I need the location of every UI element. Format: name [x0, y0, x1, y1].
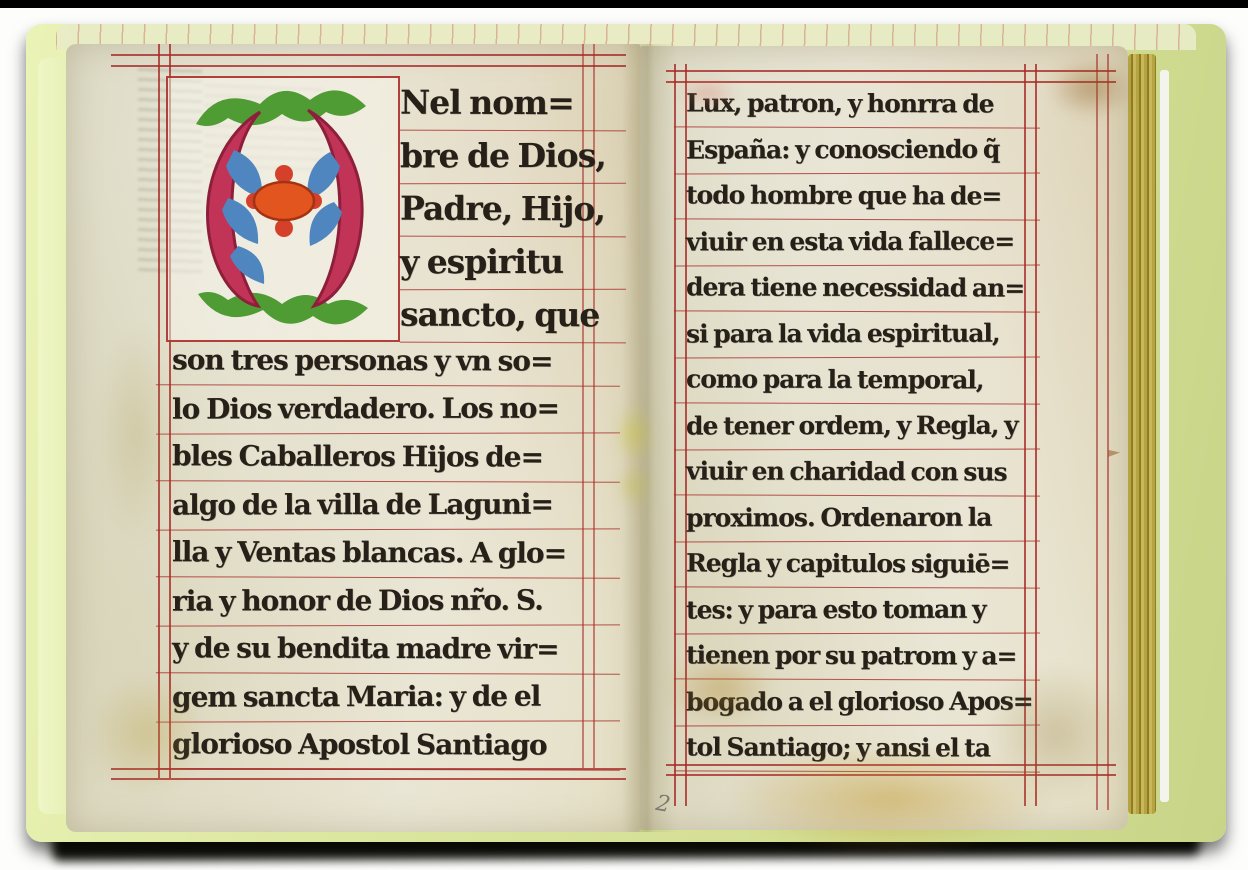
ruling-line-horizontal [111, 778, 626, 780]
stain [678, 80, 738, 106]
manuscript-line: lo Dios verdadero. Los no= [156, 385, 620, 434]
manuscript-line: y de su bendita madre vir= [156, 625, 620, 675]
manuscript-line: viuir en esta vida fallece= [674, 220, 1040, 267]
manuscript-line: proximos. Ordenaron la [674, 496, 1040, 543]
manuscript-line: de tener ordem, y Regla, y [674, 404, 1040, 451]
stain [86, 674, 206, 794]
stain [1046, 58, 1136, 118]
manuscript-line: tes: y para esto toman y [674, 588, 1040, 635]
manuscript-line: todo hombre que ha de= [674, 173, 1040, 220]
manuscript-line: algo de la villa de Laguni= [156, 481, 620, 530]
manuscript-line: bre de Dios, [400, 131, 626, 185]
manuscript-line: bles Caballeros Hijos de= [156, 433, 620, 483]
ruling-line-horizontal [111, 54, 626, 56]
fore-edge-page-stack [1128, 54, 1156, 814]
open-book: E Nel nom= bre de Dios, Pa [26, 24, 1226, 842]
manuscript-line: glorioso Apostol Santiago [156, 721, 620, 771]
manuscript-line: España: y conosciendo q̃ [674, 128, 1040, 175]
manuscript-line: ria y honor de Dios nr̃o. S. [156, 577, 620, 626]
left-page-opening-lines: Nel nom= bre de Dios, Padre, Hijo, y esp… [400, 78, 626, 343]
stain [614, 404, 654, 464]
manuscript-line: como para la temporal, [674, 357, 1040, 404]
manuscript-line: y espiritu [400, 237, 626, 291]
ruling-line-horizontal [666, 70, 1116, 72]
manuscript-line: Padre, Hijo, [400, 184, 626, 238]
manuscript-line: Regla y capitulos siguiē= [674, 541, 1040, 588]
stain [96, 324, 176, 544]
stain [986, 664, 1126, 804]
manuscript-line: viuir en charidad con sus [674, 449, 1040, 496]
illuminated-initial: E [166, 76, 400, 342]
stain [616, 464, 652, 508]
manuscript-line: son tres personas y vn so= [156, 337, 620, 387]
stain [666, 654, 776, 724]
manuscript-line: lla y Ventas blancas. A glo= [156, 529, 620, 579]
left-page-text-block: son tres personas y vn so= lo Dios verda… [156, 338, 620, 770]
manuscript-line: dera tiene necessidad an= [674, 265, 1040, 312]
manuscript-photo: E Nel nom= bre de Dios, Pa [0, 0, 1248, 870]
manuscript-line: Nel nom= [400, 78, 626, 132]
ruling-line-horizontal [111, 65, 626, 67]
photo-top-border [0, 0, 1248, 8]
manuscript-line: sancto, que [400, 290, 626, 344]
manuscript-line: gem sancta Maria: y de el [156, 673, 620, 722]
manuscript-line: si para la vida espiritual, [674, 312, 1040, 359]
right-flyleaf-strip [1160, 70, 1169, 802]
